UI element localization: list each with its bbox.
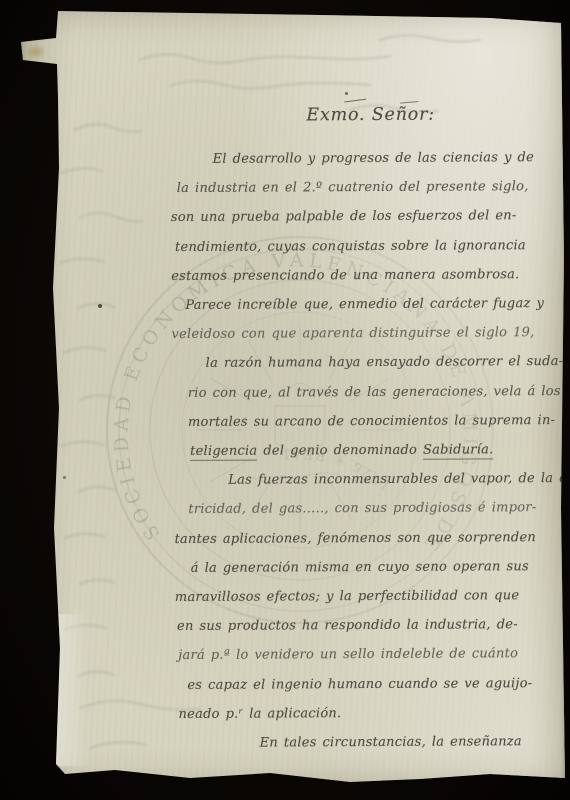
- manuscript-line: rio con que, al través de las generacion…: [188, 377, 564, 408]
- ink-speck: [63, 476, 66, 479]
- manuscript-line: estamos presenciando de una manera asomb…: [171, 260, 563, 291]
- salutation: Exmo. Señor:: [306, 104, 435, 127]
- scan-backdrop: SOCIEDAD ECONOMICA VALENCIANA DE AMIGOS …: [0, 0, 570, 800]
- manuscript-line: veleidoso con que aparenta distinguirse …: [171, 318, 563, 349]
- manuscript-line: la razón humana haya ensayado descorrer …: [206, 347, 564, 378]
- manuscript-page: SOCIEDAD ECONOMICA VALENCIANA DE AMIGOS …: [20, 8, 565, 786]
- manuscript-text: El desarrollo y progresos de las ciencia…: [171, 143, 566, 758]
- manuscript-line: jará p.ª lo venidero un sello indeleble …: [178, 639, 565, 670]
- manuscript-line: Parece increíble que, enmedio del caráct…: [185, 289, 563, 320]
- manuscript-line: tantes aplicaciones, fenómenos son que s…: [174, 523, 564, 554]
- manuscript-line: en sus productos ha respondido la indust…: [177, 610, 565, 641]
- manuscript-line: tendimiento, cuyas conquistas sobre la i…: [175, 231, 563, 262]
- manuscript-line: maravillosos efectos; y la perfectibilid…: [175, 581, 565, 612]
- manuscript-line: á la generación misma en cuyo seno opera…: [191, 552, 565, 583]
- manuscript-line: son una prueba palpable de los esfuerzos…: [171, 201, 563, 232]
- ink-speck: [345, 92, 348, 95]
- manuscript-text-block: Exmo. Señor: El desarrollo y progresos d…: [170, 103, 565, 758]
- manuscript-line: es capaz el ingenio humano cuando se ve …: [187, 669, 565, 700]
- manuscript-line: Las fuerzas inconmensurables del vapor, …: [172, 464, 564, 495]
- manuscript-line: En tales circunstancias, la enseñanza: [204, 727, 566, 758]
- manuscript-line: teligencia del genio denominado Sabidurí…: [190, 435, 564, 466]
- stain-mark: [26, 44, 46, 59]
- manuscript-line: neado p.ʳ la aplicación.: [178, 698, 565, 729]
- manuscript-line: mortales su arcano de conocimientos la s…: [188, 406, 564, 437]
- manuscript-line: tricidad, del gas....., con sus prodigio…: [188, 493, 564, 524]
- manuscript-line: El desarrollo y progresos de las ciencia…: [157, 143, 563, 174]
- ink-speck: [98, 304, 102, 308]
- manuscript-line: la industria en el 2.º cuatrenio del pre…: [177, 172, 563, 203]
- light-patch: [56, 614, 88, 766]
